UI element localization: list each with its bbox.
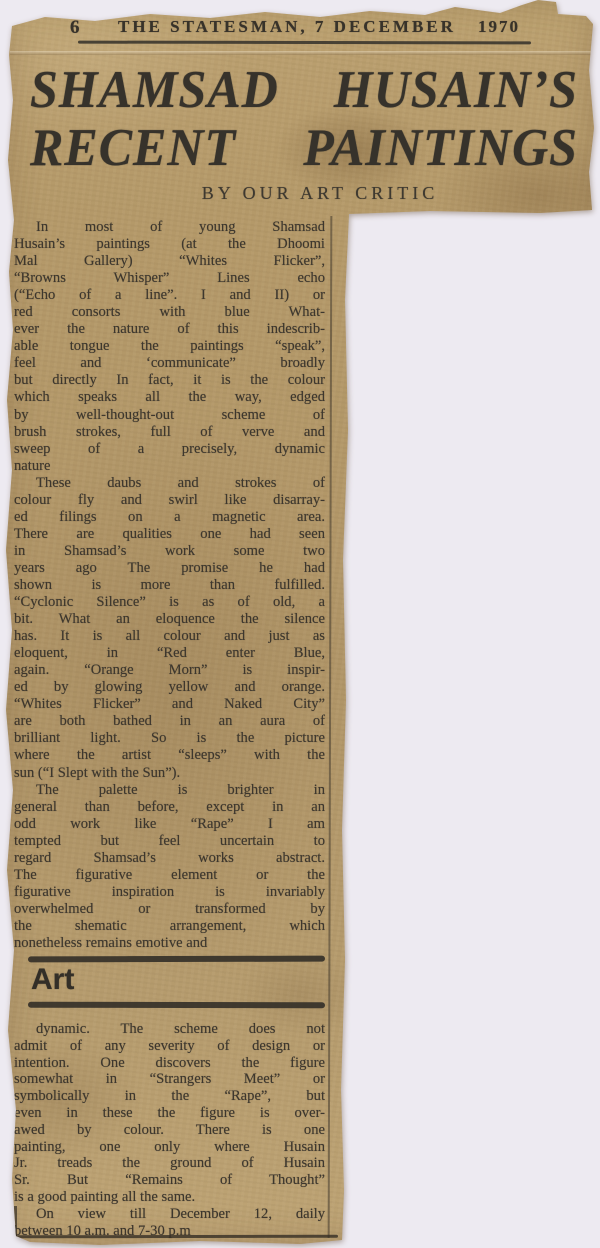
article-line: ever the nature of this indescrib- [14, 321, 325, 338]
article-line: The figurative element or the [14, 867, 325, 884]
section-divider-rule-top [28, 956, 325, 963]
article-line: sweep of a precisely, dynamic [14, 441, 325, 458]
article-line: Sr. But “Remains of Thought” [14, 1172, 325, 1189]
article-line: which speaks all the way, edged [14, 389, 325, 406]
section-label: Art [31, 963, 74, 997]
article-body-lower: dynamic. The scheme does notadmit of any… [14, 1021, 325, 1239]
newspaper-clipping-paper: 6 THE STATESMAN, 7 DECEMBER 1970 SHAMSAD… [0, 0, 600, 1248]
article-line: “Whites Flicker” and Naked City” [14, 696, 325, 713]
article-line: There are qualities one had seen [14, 526, 325, 543]
article-line: tempted but feel uncertain to [14, 833, 325, 850]
headline-line-2: RECENT PAINTINGS [30, 116, 578, 177]
article-line: Mal Gallery) “Whites Flicker”, [14, 253, 325, 270]
paper-shadow: 6 THE STATESMAN, 7 DECEMBER 1970 SHAMSAD… [0, 0, 600, 1248]
masthead-underline [78, 41, 531, 45]
article-body-upper: In most of young ShamsadHusain’s paintin… [14, 219, 325, 952]
article-line: regard Shamsad’s works abstract. [14, 850, 325, 867]
article-line: able tongue the paintings “speak”, [14, 338, 325, 355]
article-line: In most of young Shamsad [14, 219, 325, 236]
article-line: are both bathed in an aura of [14, 713, 325, 730]
clipping-bottom-rule [14, 1235, 338, 1239]
article-line: odd work like “Rape” I am [14, 816, 325, 833]
article-line: bit. What an eloquence the silence [14, 611, 325, 628]
article-headline: SHAMSAD HUSAIN’S RECENT PAINTINGS [30, 58, 578, 174]
paper-fold-seam [10, 51, 592, 55]
article-line: The palette is brighter in [14, 782, 325, 799]
article-line: even in these the figure is over- [14, 1105, 325, 1122]
article-line: years ago The promise he had [14, 560, 325, 577]
article-paragraph: In most of young ShamsadHusain’s paintin… [14, 219, 325, 475]
article-line: “Cyclonic Silence” is as of old, a [14, 594, 325, 611]
article-line: eloquent, in “Red enter Blue, [14, 645, 325, 662]
article-line: overwhelmed or transformed by [14, 901, 325, 918]
article-line: figurative inspiration is invariably [14, 884, 325, 901]
article-line: symbolically in the “Rape”, but [14, 1088, 325, 1105]
article-line: general than before, except in an [14, 799, 325, 816]
article-line: ed by glowing yellow and orange. [14, 679, 325, 696]
clipping-bottom-left-rule [14, 1206, 17, 1237]
article-line: but directly In fact, it is the colour [14, 372, 325, 389]
article-line: brush strokes, full of verve and [14, 424, 325, 441]
article-line: shown is more than fulfilled. [14, 577, 325, 594]
article-line: These daubs and strokes of [14, 475, 325, 492]
article-line: intention. One discovers the figure [14, 1055, 325, 1072]
masthead-title: THE STATESMAN, 7 DECEMBER [118, 17, 456, 37]
article-paragraph: The palette is brighter ingeneral than b… [14, 782, 325, 952]
article-line: brilliant light. So is the picture [14, 730, 325, 747]
section-divider-rule-bottom [28, 1002, 325, 1009]
article-line: again. “Orange Morn” is inspir- [14, 662, 325, 679]
article-line: admit of any severity of design or [14, 1038, 325, 1055]
masthead-year: 1970 [478, 17, 520, 37]
article-line: somewhat in “Strangers Meet” or [14, 1071, 325, 1088]
headline-line-1: SHAMSAD HUSAIN’S [30, 58, 578, 119]
article-line: feel and ‘communicate” broadly [14, 355, 325, 372]
article-line: painting, one only where Husain [14, 1139, 325, 1156]
article-line: (“Echo of a line”. I and II) or [14, 287, 325, 304]
page-number: 6 [70, 17, 80, 39]
article-line: has. It is all colour and just as [14, 628, 325, 645]
article-line: Jr. treads the ground of Husain [14, 1155, 325, 1172]
article-line: On view till December 12, daily [14, 1206, 325, 1223]
article-line: in Shamsad’s work some two [14, 543, 325, 560]
article-line: Husain’s paintings (at the Dhoomi [14, 236, 325, 253]
article-line: red consorts with blue What- [14, 304, 325, 321]
article-line: ed filings on a magnetic area. [14, 509, 325, 526]
article-line: by well-thought-out scheme of [14, 407, 325, 424]
byline: BY OUR ART CRITIC [130, 183, 510, 204]
article-line: where the artist “sleeps” with the [14, 747, 325, 764]
article-line: the shematic arrangement, which [14, 918, 325, 935]
article-line: is a good painting all the same. [14, 1189, 325, 1206]
article-line: nature [14, 458, 325, 475]
article-line: dynamic. The scheme does not [14, 1021, 325, 1038]
article-paragraph: dynamic. The scheme does notadmit of any… [14, 1021, 325, 1206]
article-line: awed by colour. There is one [14, 1122, 325, 1139]
article-line: sun (“I Slept with the Sun”). [14, 765, 325, 782]
article-paragraph: These daubs and strokes ofcolour fly and… [14, 475, 325, 782]
article-line: colour fly and swirl like disarray- [14, 492, 325, 509]
scanned-newspaper-clipping: 6 THE STATESMAN, 7 DECEMBER 1970 SHAMSAD… [0, 0, 600, 1248]
column-right-rule [328, 216, 333, 1238]
article-line: nonetheless remains emotive and [14, 935, 325, 952]
article-line: “Browns Whisper” Lines echo [14, 270, 325, 287]
